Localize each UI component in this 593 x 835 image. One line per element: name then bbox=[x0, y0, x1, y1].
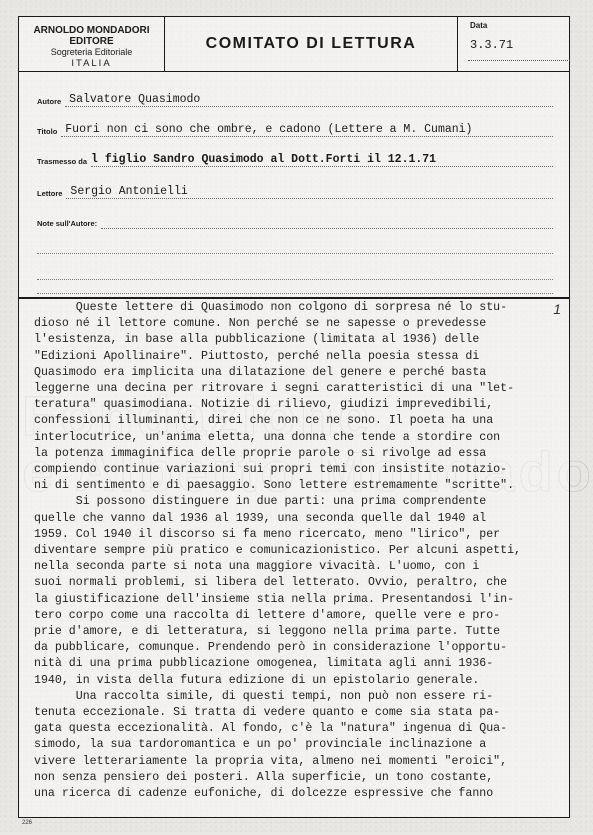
sent-by-value: l figlio Sandro Quasimodo al Dott.Forti … bbox=[91, 153, 553, 167]
reader-value: Sergio Antonielli bbox=[66, 185, 553, 199]
report-text: Queste lettere di Quasimodo non colgono … bbox=[34, 300, 540, 802]
title-value: Fuori non ci sono che ombre, e cadono (L… bbox=[61, 123, 553, 137]
author-field: Autore Salvatore Quasimodo bbox=[37, 91, 553, 107]
date-box: Data 3.3.71 bbox=[457, 17, 570, 71]
notes-blank-line bbox=[37, 279, 553, 280]
publisher-block: ARNOLDO MONDADORI EDITORE Sogreteria Edi… bbox=[19, 17, 165, 71]
reader-field: Lettore Sergio Antonielli bbox=[37, 183, 553, 199]
title-label: Titolo bbox=[37, 127, 57, 137]
title-field: Titolo Fuori non ci sono che ombre, e ca… bbox=[37, 121, 553, 137]
date-value: 3.3.71 bbox=[470, 38, 513, 52]
notes-blank-line bbox=[37, 293, 553, 294]
notes-field: Note sull'Autore: bbox=[37, 213, 553, 229]
date-line bbox=[468, 60, 570, 61]
page-number: 226 bbox=[22, 820, 32, 826]
publisher-name: ARNOLDO MONDADORI bbox=[19, 25, 164, 36]
form-title: COMITATO DI LETTURA bbox=[165, 17, 457, 71]
notes-value bbox=[101, 228, 553, 229]
notes-label: Note sull'Autore: bbox=[37, 219, 97, 229]
department: Sogreteria Editoriale bbox=[19, 47, 164, 58]
notes-blank-line bbox=[37, 253, 553, 254]
author-value: Salvatore Quasimodo bbox=[65, 93, 553, 107]
author-label: Autore bbox=[37, 97, 61, 107]
publisher-type: EDITORE bbox=[19, 36, 164, 47]
sent-by-label: Trasmesso da bbox=[37, 157, 87, 167]
date-label: Data bbox=[470, 21, 487, 30]
reader-label: Lettore bbox=[37, 189, 62, 199]
handwritten-page-mark: 1 bbox=[553, 301, 561, 317]
sent-by-field: Trasmesso da l figlio Sandro Quasimodo a… bbox=[37, 151, 553, 167]
country: ITALIA bbox=[19, 58, 164, 69]
section-divider bbox=[19, 297, 569, 299]
form-header: ARNOLDO MONDADORI EDITORE Sogreteria Edi… bbox=[19, 17, 569, 72]
